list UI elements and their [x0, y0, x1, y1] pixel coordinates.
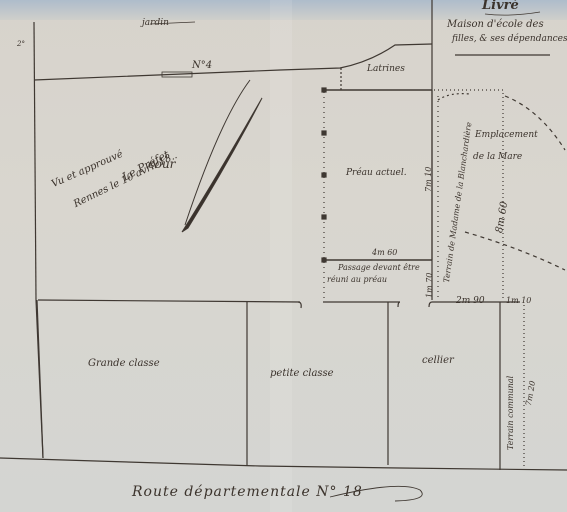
dim-1m10: 1m 10 [506, 296, 531, 305]
margin-mark: 2° [17, 40, 25, 48]
label-cour: cour [148, 157, 175, 171]
dim-7m10: 7m 10 [424, 167, 433, 192]
terrain-communal: Terrain communal [506, 376, 515, 450]
subtitle-line2: filles, & ses dépendances [452, 34, 567, 44]
label-cellier: cellier [422, 355, 454, 366]
dim-1m70: 1m 70 [425, 273, 434, 298]
label-preau: Préau actuel. [346, 168, 407, 178]
subtitle-line1: Maison d'école des [447, 19, 544, 30]
plan-reference: N°4 [192, 60, 212, 71]
plan-sheet: Livré Maison d'école des filles, & ses d… [0, 0, 567, 512]
left-boundary-line [34, 22, 36, 300]
dim-4m60: 4m 60 [372, 248, 397, 257]
dim-2m90: 2m 90 [456, 296, 485, 306]
title-livre: Livré [482, 0, 519, 13]
label-jardin: jardin [142, 18, 169, 28]
label-route: Route départementale N° 18 [132, 484, 363, 500]
garden-boundary [34, 44, 432, 80]
label-grande-classe: Grande classe [88, 358, 160, 369]
label-petite-classe: petite classe [270, 368, 334, 379]
emplacement-line2: de la Mare [473, 152, 522, 162]
passage-line1: Passage devant être [338, 263, 420, 272]
emplacement-line1: Emplacement [475, 130, 538, 140]
passage-line2: réuni au préau [327, 275, 387, 284]
plan-drawing [0, 0, 567, 512]
label-latrines: Latrines [367, 64, 405, 74]
